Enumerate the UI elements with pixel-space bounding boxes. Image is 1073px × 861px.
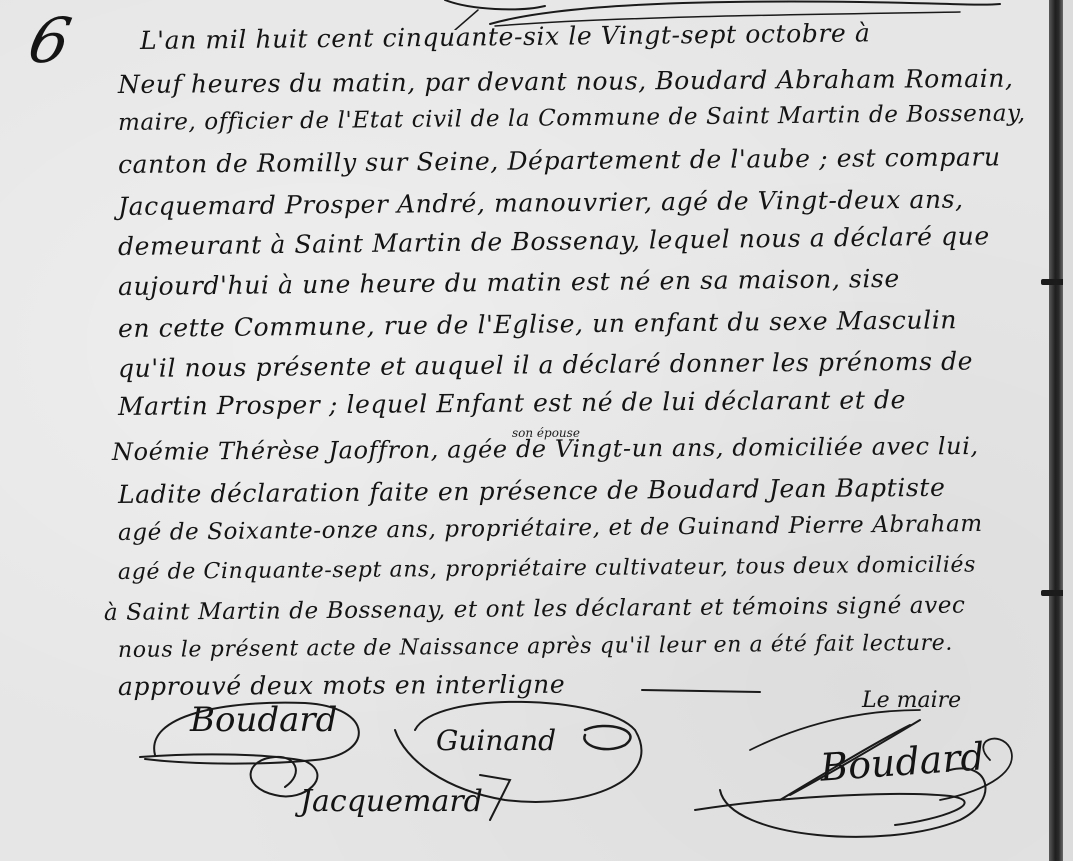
record-line-5: Jacquemard Prosper André, manouvrier, ag…	[118, 185, 964, 221]
record-line-16: nous le présent acte de Naissance après …	[118, 631, 953, 663]
signature-declarant-jacquemard: Jacquemard	[300, 784, 483, 819]
page-edge	[1063, 0, 1073, 861]
signature-witness-boudard: Boudard	[190, 700, 337, 740]
record-line-11: Noémie Thérèse Jaoffron, agée de Vingt-u…	[112, 432, 979, 466]
record-line-8: en cette Commune, rue de l'Eglise, un en…	[118, 305, 957, 343]
record-line-4: canton de Romilly sur Seine, Département…	[118, 142, 1001, 179]
record-line-10: Martin Prosper ; lequel Enfant est né de…	[118, 385, 906, 421]
signature-mayor-boudard: Boudard	[819, 734, 986, 789]
line-end-dash	[640, 680, 780, 700]
signature-mayor-title: Le maire	[862, 688, 961, 713]
record-body: L'an mil huit cent cinquante-six le Ving…	[0, 0, 1040, 700]
signature-witness-guinand: Guinand	[436, 724, 556, 757]
record-line-17: approuvé deux mots en interligne	[118, 670, 565, 701]
record-line-15: à Saint Martin de Bossenay, et ont les d…	[104, 592, 966, 626]
book-binding-edge	[1049, 0, 1063, 861]
record-line-14: agé de Cinquante-sept ans, propriétaire …	[118, 553, 976, 585]
record-line-9: qu'il nous présente et auquel il a décla…	[118, 347, 973, 383]
record-line-1: L'an mil huit cent cinquante-six le Ving…	[140, 18, 871, 55]
record-line-6: demeurant à Saint Martin de Bossenay, le…	[118, 221, 990, 261]
record-line-12: Ladite déclaration faite en présence de …	[118, 473, 946, 509]
record-line-13: agé de Soixante-onze ans, propriétaire, …	[118, 511, 983, 546]
record-line-3: maire, officier de l'Etat civil de la Co…	[118, 100, 1026, 136]
record-line-7: aujourd'hui à une heure du matin est né …	[118, 264, 900, 301]
record-line-2: Neuf heures du matin, par devant nous, B…	[118, 64, 1014, 99]
document-page: 6 L'an mil huit cent cinquante-six le Vi…	[0, 0, 1073, 861]
